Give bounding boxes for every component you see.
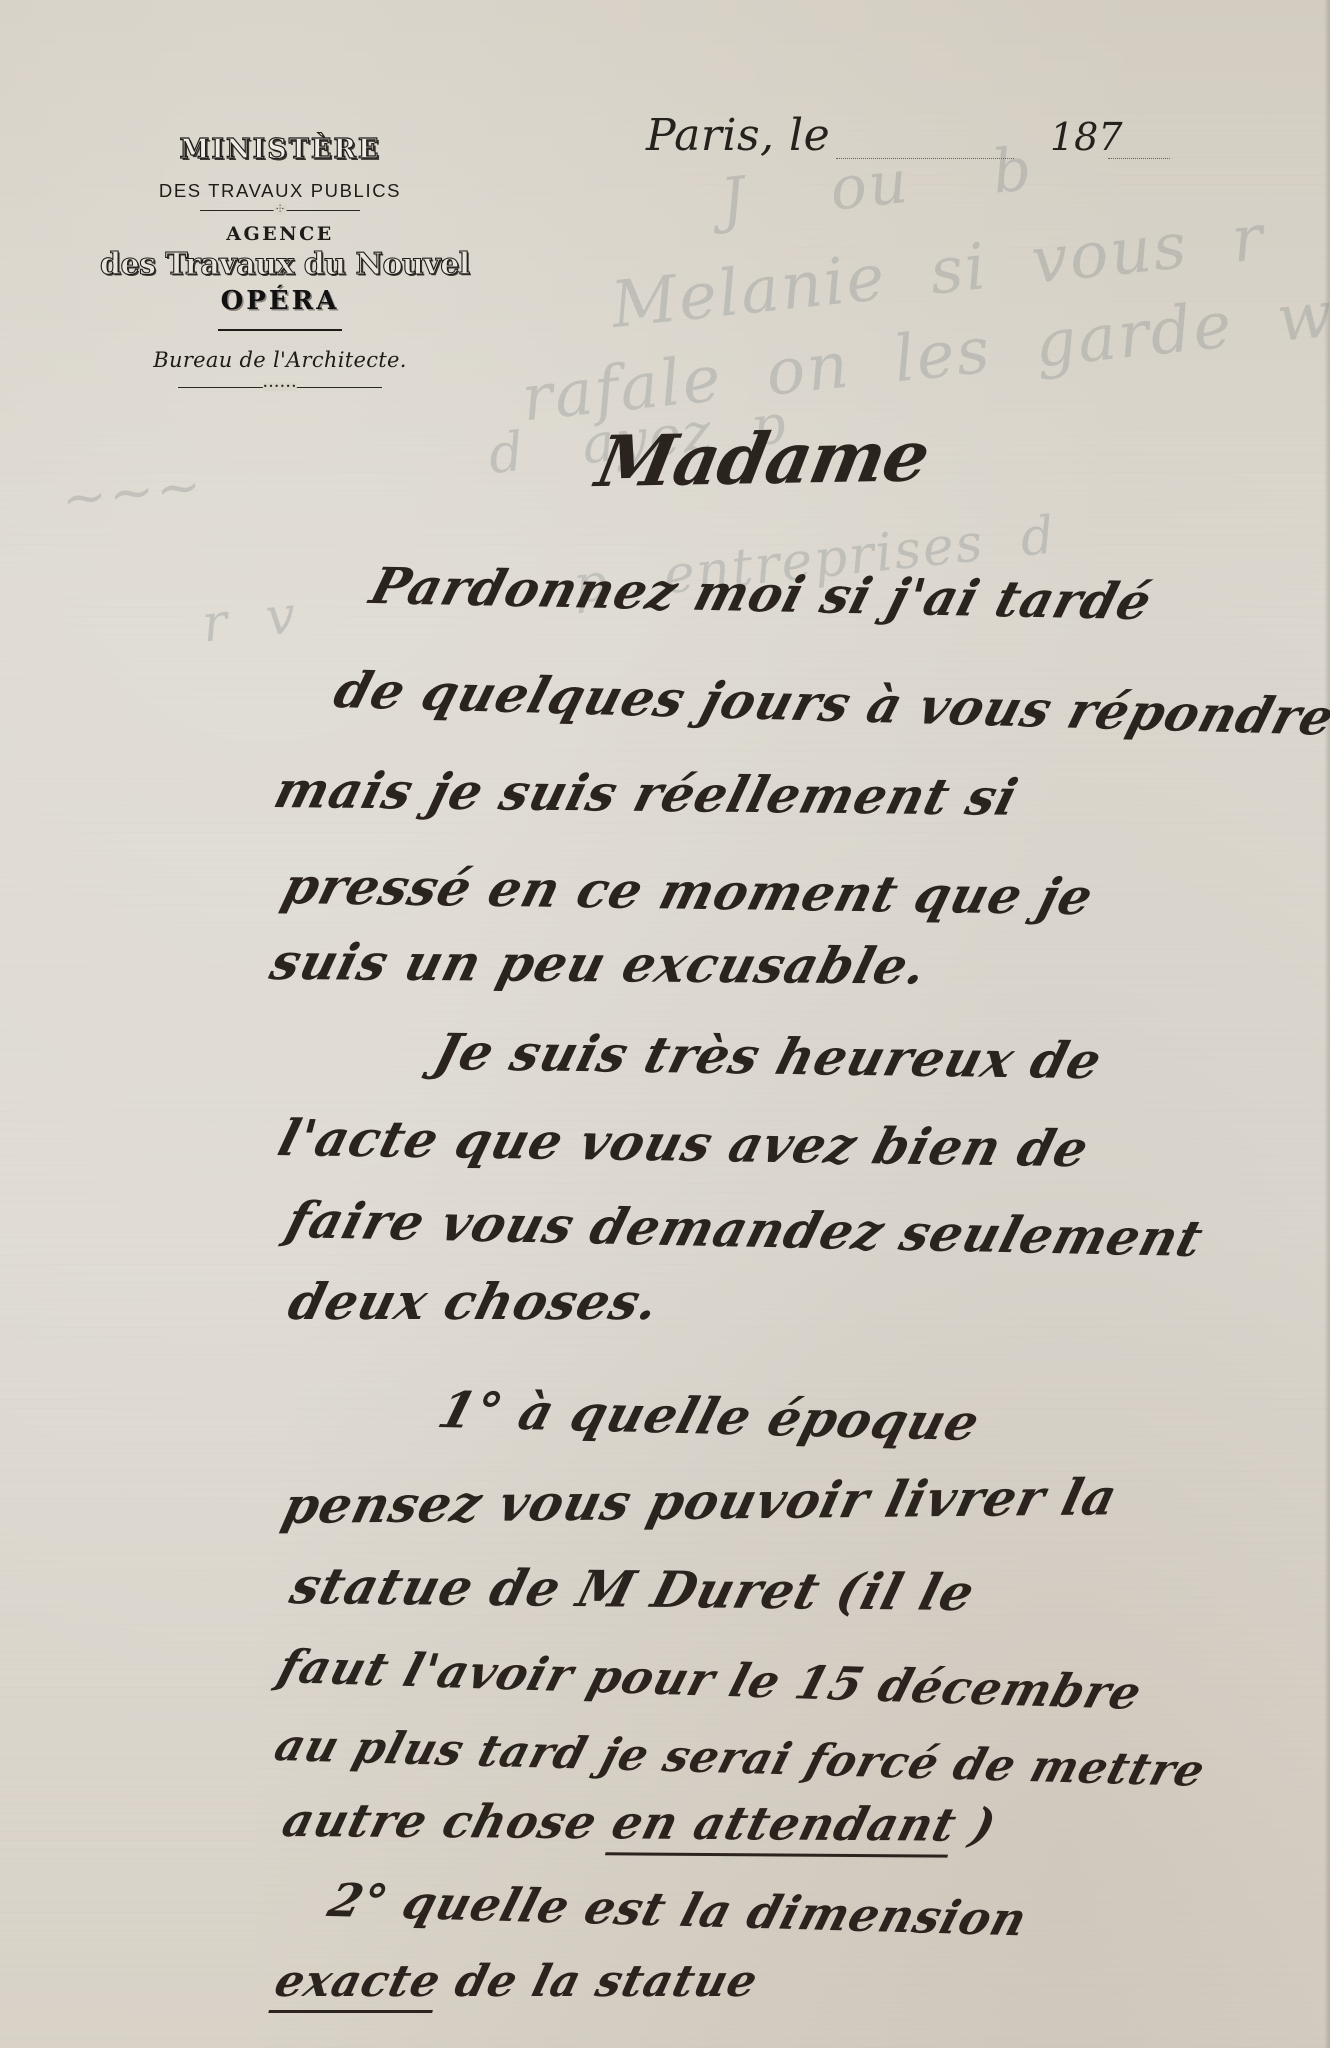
line-text: Pardonnez moi si j'ai tardé bbox=[364, 556, 1158, 631]
line-text: ) bbox=[966, 1798, 1003, 1852]
line-text: pensez vous pouvoir livrer la bbox=[277, 1467, 1123, 1535]
line-text: autre chose bbox=[277, 1793, 603, 1849]
letter-line: autre chose en attendant ) bbox=[276, 1790, 1003, 1855]
page-edge-shadow bbox=[1324, 0, 1330, 2048]
line-text: pressé en ce moment que je bbox=[276, 856, 1100, 926]
underlined-phrase: exacte bbox=[270, 1956, 447, 2007]
letterhead-ministere: MINISTÈRE bbox=[100, 132, 460, 168]
line-text: au plus tard je serai forcé de mettre bbox=[269, 1720, 1211, 1797]
letter-line: faire vous demandez seulement bbox=[280, 1190, 1210, 1269]
underlined-phrase: en attendant bbox=[606, 1795, 962, 1851]
letterhead-divider: ⋅⫶⋅ bbox=[200, 210, 360, 211]
line-text: de quelques jours à vous répondre bbox=[328, 660, 1330, 746]
letter-line: statue de M Duret (il le bbox=[284, 1556, 981, 1623]
ornament-icon: •••••• bbox=[263, 383, 297, 391]
date-blank-line bbox=[836, 158, 1014, 159]
letter-line: 2° quelle est la dimension bbox=[322, 1870, 1035, 1949]
letter-line: faut l'avoir pour le 15 décembre bbox=[272, 1636, 1150, 1723]
letter-line: exacte de la statue bbox=[269, 1952, 765, 2012]
line-text: statue de M Duret (il le bbox=[284, 1556, 981, 1622]
letterhead-travaux-nouvel: des Travaux du Nouvel bbox=[100, 247, 460, 283]
letterhead-agence: AGENCE bbox=[100, 223, 460, 245]
letter-line: 1° à quelle époque bbox=[432, 1380, 987, 1453]
line-text: faut l'avoir pour le 15 décembre bbox=[272, 1639, 1148, 1720]
bleed-through-text: rafale on les garde w bbox=[518, 278, 1330, 437]
letterhead-divider-ornate: •••••• bbox=[178, 387, 382, 388]
letterhead: MINISTÈRE DES TRAVAUX PUBLICS ⋅⫶⋅ AGENCE… bbox=[100, 132, 460, 388]
line-text: deux choses. bbox=[283, 1272, 666, 1331]
line-text: 2° quelle est la dimension bbox=[323, 1873, 1034, 1946]
letterhead-bureau: Bureau de l'Architecte. bbox=[100, 347, 460, 373]
letter-line: deux choses. bbox=[283, 1272, 666, 1332]
line-text: mais je suis réellement si bbox=[268, 760, 1024, 827]
letterhead-travaux-publics: DES TRAVAUX PUBLICS bbox=[100, 180, 460, 202]
letter-line: l'acte que vous avez bien de bbox=[272, 1108, 1095, 1179]
date-year-prefix: 187 bbox=[1050, 112, 1123, 162]
letter-line: de quelques jours à vous répondre bbox=[328, 660, 1330, 747]
letter-line: suis un peu excusable. bbox=[264, 932, 933, 996]
line-text: suis un peu excusable. bbox=[265, 932, 934, 995]
line-text: l'acte que vous avez bien de bbox=[272, 1108, 1095, 1178]
letter-line: pensez vous pouvoir livrer la bbox=[277, 1467, 1124, 1536]
letter-line: au plus tard je serai forcé de mettre bbox=[268, 1716, 1212, 1801]
line-text: Je suis très heureux de bbox=[428, 1022, 1108, 1090]
line-text: de la statue bbox=[450, 1956, 763, 2007]
letter-line: pressé en ce moment que je bbox=[276, 856, 1100, 927]
salutation: Madame bbox=[590, 414, 936, 503]
bleed-through-text: Melanie si vous r bbox=[608, 201, 1268, 343]
letter-page: J ou b Melanie si vous r rafale on les g… bbox=[0, 0, 1330, 2048]
line-text: faire vous demandez seulement bbox=[280, 1190, 1210, 1268]
letter-line: Pardonnez moi si j'ai tardé bbox=[364, 556, 1159, 632]
line-text: 1° à quelle époque bbox=[432, 1380, 987, 1452]
letterhead-divider-bold bbox=[218, 329, 342, 331]
dateline: Paris, le 187 bbox=[646, 106, 1186, 176]
date-blank-line bbox=[1108, 158, 1170, 159]
ornament-icon: ⋅⫶⋅ bbox=[274, 205, 287, 215]
letter-line: Je suis très heureux de bbox=[428, 1022, 1108, 1091]
date-place: Paris, le bbox=[646, 106, 830, 166]
letterhead-opera: OPÉRA bbox=[100, 285, 460, 317]
letter-line: mais je suis réellement si bbox=[268, 760, 1024, 828]
